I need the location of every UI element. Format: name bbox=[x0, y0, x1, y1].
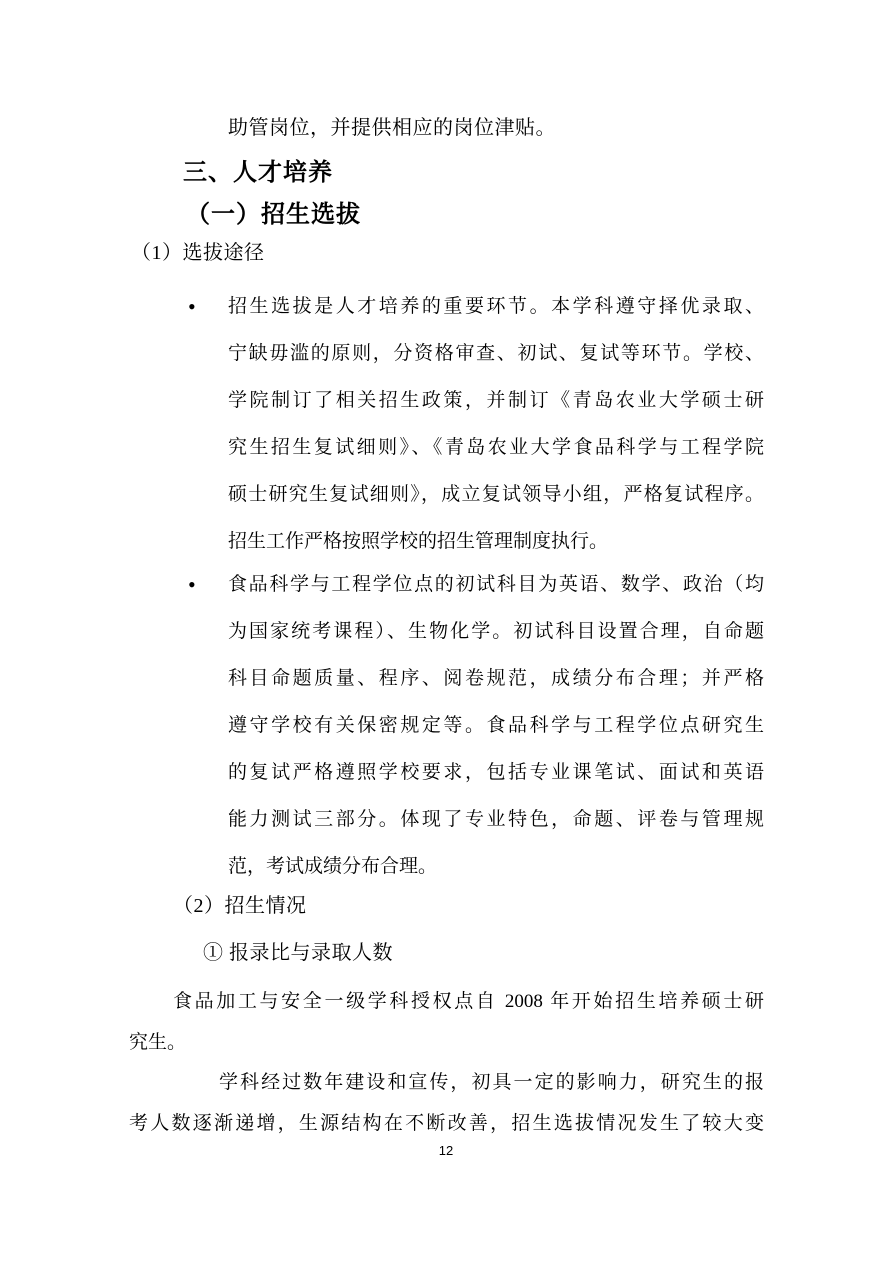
text-line: 硕士研究生复试细则》，成立复试领导小组，严格复试程序。 bbox=[228, 471, 764, 518]
document-page: 助管岗位，并提供相应的岗位津贴。 三、人才培养 （一）招生选拔 （1）选拔途径 … bbox=[0, 0, 892, 1261]
body-paragraph-1: 食品加工与安全一级学科授权点自 2008 年开始招生培养硕士研究生。 bbox=[129, 981, 764, 1063]
text-line: 的复试严格遵照学校要求，包括专业课笔试、面试和英语 bbox=[228, 749, 764, 796]
circled-number-label: ① 报录比与录取人数 bbox=[203, 938, 393, 968]
bullet-item-2: • 食品科学与工程学位点的初试科目为英语、数学、政治（均为国家统考课程）、生物化… bbox=[188, 561, 764, 890]
page-number: 12 bbox=[0, 1142, 892, 1160]
continued-paragraph-line: 助管岗位，并提供相应的岗位津贴。 bbox=[228, 112, 556, 144]
text-line: 能力测试三部分。体现了专业特色，命题、评卷与管理规 bbox=[228, 796, 764, 843]
text-line: 学院制订了相关招生政策，并制订《青岛农业大学硕士研 bbox=[228, 377, 764, 424]
bullet-icon: • bbox=[188, 561, 228, 608]
text-line: 范，考试成绩分布合理。 bbox=[228, 843, 764, 890]
text-line: 考人数逐渐递增，生源结构在不断改善，招生选拔情况发生了较大变 bbox=[129, 1103, 764, 1144]
text-line: 究生招生复试细则》、《青岛农业大学食品科学与工程学院 bbox=[228, 424, 764, 471]
text-line: 学科经过数年建设和宣传，初具一定的影响力，研究生的报 bbox=[129, 1062, 764, 1103]
body-paragraph-2: 学科经过数年建设和宣传，初具一定的影响力，研究生的报考人数逐渐递增，生源结构在不… bbox=[129, 1062, 764, 1144]
text-line: 究生。 bbox=[129, 1022, 764, 1063]
subsection-heading: （一）招生选拔 bbox=[186, 198, 361, 232]
text-line: 遵守学校有关保密规定等。食品科学与工程学位点研究生 bbox=[228, 702, 764, 749]
bullet-item-1: • 招生选拔是人才培养的重要环节。本学科遵守择优录取、宁缺毋滥的原则，分资格审查… bbox=[188, 283, 764, 565]
text-line: 食品加工与安全一级学科授权点自 2008 年开始招生培养硕士研 bbox=[129, 981, 764, 1022]
bullet-text-block: 招生选拔是人才培养的重要环节。本学科遵守择优录取、宁缺毋滥的原则，分资格审查、初… bbox=[228, 283, 764, 565]
text-line: 宁缺毋滥的原则，分资格审查、初试、复试等环节。学校、 bbox=[228, 330, 764, 377]
text-line: 招生选拔是人才培养的重要环节。本学科遵守择优录取、 bbox=[228, 283, 764, 330]
bullet-text-block: 食品科学与工程学位点的初试科目为英语、数学、政治（均为国家统考课程）、生物化学。… bbox=[228, 561, 764, 890]
section-heading: 三、人才培养 bbox=[183, 156, 333, 190]
text-line: 食品科学与工程学位点的初试科目为英语、数学、政治（均 bbox=[228, 561, 764, 608]
text-line: 为国家统考课程）、生物化学。初试科目设置合理，自命题 bbox=[228, 608, 764, 655]
numbered-label-1: （1）选拔途径 bbox=[131, 238, 265, 268]
text-line: 科目命题质量、程序、阅卷规范，成绩分布合理；并严格 bbox=[228, 655, 764, 702]
numbered-label-2: （2）招生情况 bbox=[173, 891, 307, 921]
bullet-icon: • bbox=[188, 283, 228, 330]
text-line: 招生工作严格按照学校的招生管理制度执行。 bbox=[228, 518, 764, 565]
